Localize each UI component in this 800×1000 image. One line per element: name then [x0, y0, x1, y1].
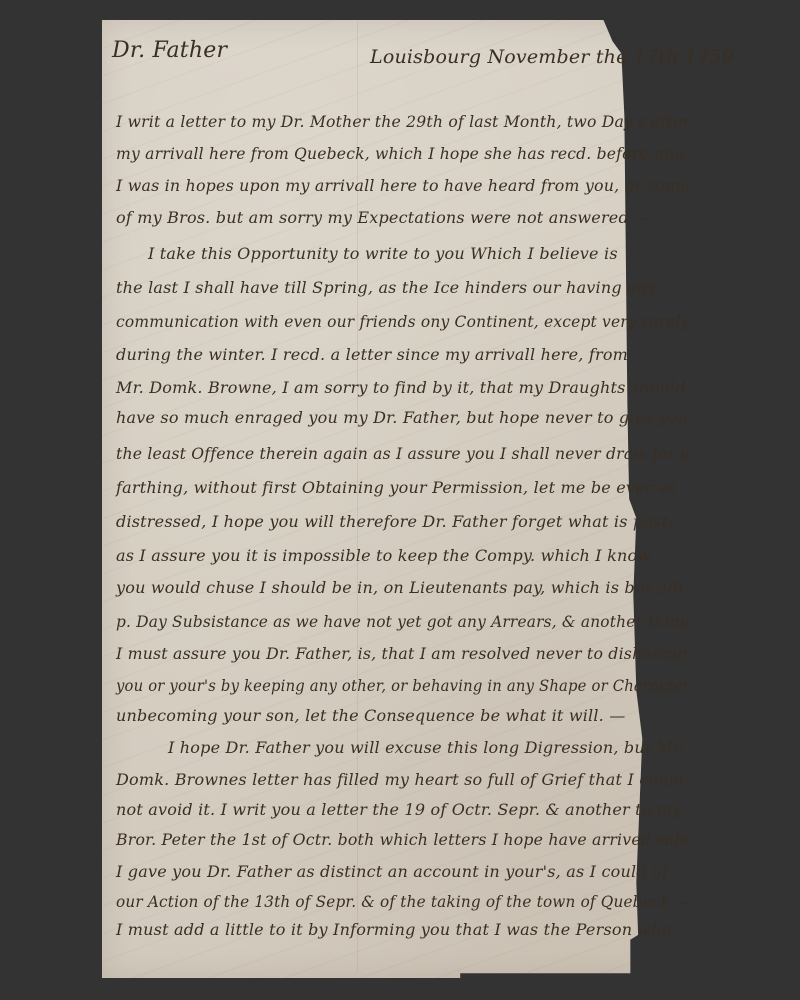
letter-line: I take this Opportunity to write to you …: [148, 244, 618, 263]
letter-line: I writ a letter to my Dr. Mother the 29t…: [116, 112, 690, 131]
letter-line: as I assure you it is impossible to keep…: [116, 546, 651, 565]
letter-line: communication with even our friends ony …: [116, 312, 690, 331]
letter-line: of my Bros. but am sorry my Expectations…: [116, 208, 650, 227]
letter-line: Domk. Brownes letter has filled my heart…: [116, 770, 685, 789]
letter-line: not avoid it. I writ you a letter the 19…: [116, 800, 682, 819]
letter-line: our Action of the 13th of Sepr. & of the…: [116, 892, 690, 911]
letter-line: unbecoming your son, let the Consequence…: [116, 706, 625, 725]
letter-line: p. Day Subsistance as we have not yet go…: [116, 612, 690, 631]
viewer-stage: Dr. Father Louisbourg November the 17th …: [0, 0, 800, 1000]
letter-line: the last I shall have till Spring, as th…: [116, 278, 657, 297]
salutation: Dr. Father: [112, 38, 227, 63]
letter-line: during the winter. I recd. a letter sinc…: [116, 345, 628, 364]
letter-line: you or your's by keeping any other, or b…: [116, 676, 690, 695]
letter-line: have so much enraged you my Dr. Father, …: [116, 408, 688, 427]
letter-line: I must assure you Dr. Father, is, that I…: [116, 644, 690, 663]
letter-line: farthing, without first Obtaining your P…: [116, 478, 676, 497]
letter-line: I gave you Dr. Father as distinct an acc…: [116, 862, 668, 881]
letter-line: I hope Dr. Father you will excuse this l…: [168, 738, 685, 757]
letter-line: you would chuse I should be in, on Lieut…: [116, 578, 684, 597]
letter-line: distressed, I hope you will therefore Dr…: [116, 512, 673, 531]
letter-line: I must add a little to it by Informing y…: [116, 920, 672, 939]
letter-line: Mr. Domk. Browne, I am sorry to find by …: [116, 378, 686, 397]
letter-line: Bror. Peter the 1st of Octr. both which …: [116, 830, 690, 849]
letter-line: the least Offence therein again as I ass…: [116, 444, 690, 463]
letter-line: my arrivall here from Quebeck, which I h…: [116, 144, 690, 163]
place-date: Louisbourg November the 17th 1759: [370, 46, 734, 68]
letter-line: I was in hopes upon my arrivall here to …: [116, 176, 690, 195]
